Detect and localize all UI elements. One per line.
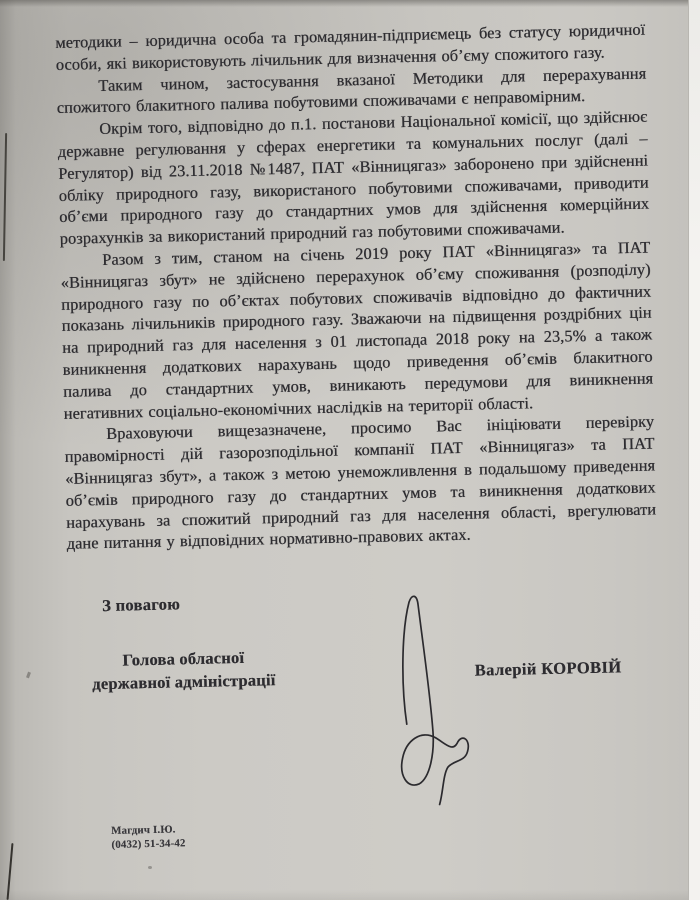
signature-stroke (398, 595, 470, 805)
footer-contact-name: Магдич І.Ю. (111, 823, 185, 838)
page-edge-mark (3, 133, 7, 261)
footer-contact-phone: (0432) 51-34-42 (111, 837, 185, 852)
page-edge-mark (7, 843, 14, 900)
footer-contact: Магдич І.Ю. (0432) 51-34-42 (111, 823, 186, 852)
letter-body: методики – юридична особа та громадянин-… (55, 19, 657, 555)
handwritten-signature (395, 591, 481, 843)
signer-name: Валерій КОРОВІЙ (474, 657, 621, 680)
scan-speck (26, 672, 31, 679)
letter-content: методики – юридична особа та громадянин-… (55, 19, 664, 892)
closing-salutation: З повагою (102, 594, 180, 616)
signer-title-line2: державної адміністрації (76, 668, 292, 696)
scanned-letter-page: методики – юридична особа та громадянин-… (0, 0, 700, 900)
signer-title: Голова обласної державної адміністрації (75, 645, 292, 696)
scanner-background-strip (688, 0, 700, 900)
